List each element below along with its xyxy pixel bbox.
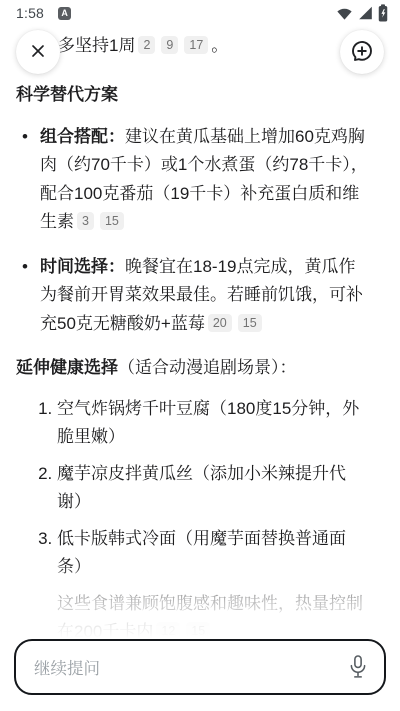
section-title-2-bold: 延伸健康选择	[16, 358, 118, 377]
battery-charging-icon	[378, 4, 388, 22]
bullet-item: 组合搭配：建议在黄瓜基础上增加60克鸡胸肉（约70千卡）或1个水煮蛋（约78千卡…	[16, 123, 384, 237]
numbered-item: 低卡版韩式冷面（用魔芋面替换普通面条）	[57, 525, 384, 582]
bullet-item: 时间选择：晚餐宜在18-19点完成，黄瓜作为餐前开胃菜效果最佳。若睡前饥饿，可补…	[16, 253, 384, 339]
bullet-label: 时间选择：	[40, 257, 125, 276]
intro-suffix: 。	[211, 36, 228, 55]
clock: 1:58	[16, 5, 44, 21]
citation-badge[interactable]: 3	[77, 212, 94, 230]
new-chat-button[interactable]	[340, 30, 384, 74]
wifi-icon	[336, 6, 353, 20]
message-text-tail: 多坚持1周2917。	[58, 32, 384, 61]
numbered-item: 魔芋凉皮拌黄瓜丝（添加小米辣提升代谢）	[57, 460, 384, 517]
intro-text: 多坚持1周	[58, 36, 135, 55]
message-input[interactable]: 继续提问	[14, 639, 386, 695]
citation-badge[interactable]: 20	[208, 314, 232, 332]
numbered-item: 空气炸锅烤千叶豆腐（180度15分钟，外脆里嫩）	[57, 395, 384, 452]
bullet-label: 组合搭配：	[40, 127, 125, 146]
section-title-1: 科学替代方案	[16, 81, 384, 109]
bullet-list: 组合搭配：建议在黄瓜基础上增加60克鸡胸肉（约70千卡）或1个水煮蛋（约78千卡…	[16, 123, 384, 339]
citation-badge[interactable]: 9	[161, 36, 178, 54]
mic-icon[interactable]	[347, 654, 369, 680]
new-chat-bubble-plus-icon	[350, 39, 374, 66]
citation-badge[interactable]: 15	[100, 212, 124, 230]
numbered-list: 空气炸锅烤千叶豆腐（180度15分钟，外脆里嫩）魔芋凉皮拌黄瓜丝（添加小米辣提升…	[16, 395, 384, 582]
status-bar: 1:58 A	[0, 0, 400, 24]
chat-message: 多坚持1周2917。 科学替代方案 组合搭配：建议在黄瓜基础上增加60克鸡胸肉（…	[0, 32, 400, 647]
citation-badge[interactable]: 2	[138, 36, 155, 54]
close-icon	[28, 41, 48, 64]
close-button[interactable]	[16, 30, 60, 74]
section-title-2: 延伸健康选择（适合动漫追剧场景）：	[16, 354, 384, 383]
cellular-signal-icon	[358, 6, 373, 20]
input-placeholder: 继续提问	[34, 655, 347, 679]
citation-badge[interactable]: 15	[238, 314, 262, 332]
citation-badge[interactable]: 17	[184, 36, 208, 54]
notification-app-icon: A	[58, 7, 71, 20]
composer-bar: 继续提问	[0, 638, 400, 711]
section-title-2-rest: （适合动漫追剧场景）：	[118, 358, 297, 377]
